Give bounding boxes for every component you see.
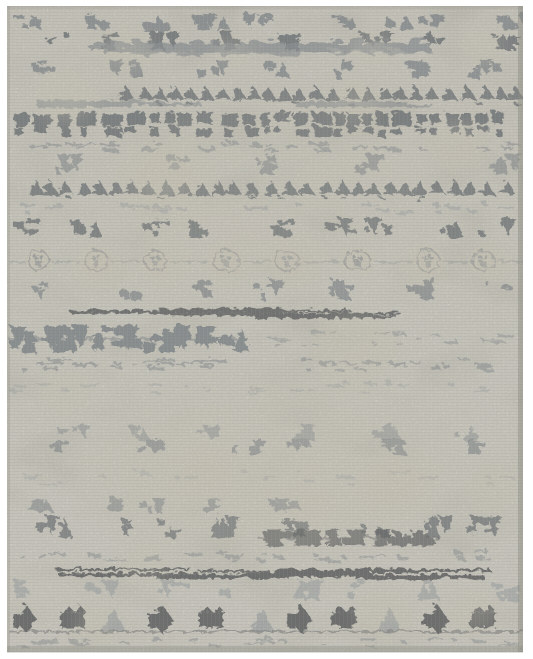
rug-image xyxy=(7,6,523,652)
rug xyxy=(7,6,523,652)
rug-product-photo xyxy=(0,0,533,659)
